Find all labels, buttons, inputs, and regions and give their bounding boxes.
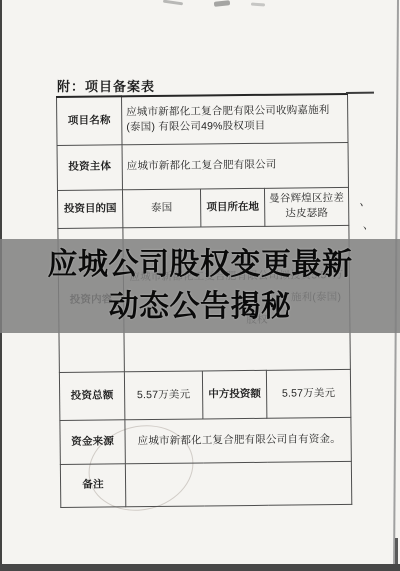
label-investor: 投资主体 (57, 144, 122, 190)
scan-edge-right-dark (395, 538, 398, 566)
value-destination-country: 泰国 (122, 188, 200, 227)
value-investor: 应城市新都化工复合肥有限公司 (122, 142, 348, 189)
row-funding-source: 资金来源 应城市新都化工复合肥有限公司自有资金。 (60, 417, 351, 464)
label-chinese-investment: 中方投资额 (202, 370, 266, 419)
ruled-line-extension (346, 92, 374, 94)
value-chinese-investment: 5.57万美元 (266, 369, 351, 418)
label-funding-source: 资金来源 (60, 419, 125, 464)
value-funding-source: 应城市新都化工复合肥有限公司自有资金。 (125, 417, 351, 463)
value-total-investment: 5.57万美元 (124, 370, 202, 419)
form-title: 附：项目备案表 (57, 76, 155, 95)
row-remarks: 备注 (60, 461, 351, 507)
headline-overlay-banner: 应城公司股权变更最新 动态公告揭秘 (0, 239, 400, 333)
label-project-name: 项目名称 (57, 96, 122, 145)
headline-line-1: 应城公司股权变更最新 (48, 244, 353, 286)
pen-tick-mark: 、 (359, 192, 374, 211)
scanned-document: 、 、 附：项目备案表 项目名称 应城市新都化工复合肥有限公司收购嘉施利(泰国)… (0, 0, 400, 571)
scan-smudge (214, 0, 230, 7)
scan-smudge (163, 0, 183, 5)
headline-line-2: 动态公告揭秘 (109, 286, 292, 328)
row-total-investment: 投资总额 5.57万美元 中方投资额 5.57万美元 (59, 369, 351, 420)
label-total-investment: 投资总额 (59, 371, 124, 420)
row-destination: 投资目的国 泰国 项目所在地 曼谷辉煌区拉差达皮瑟路 (57, 187, 348, 228)
value-remarks (125, 461, 351, 506)
value-project-name: 应城市新都化工复合肥有限公司收购嘉施利(泰国) 有限公司49%股权项目 (122, 94, 349, 144)
scan-bottom-bar (0, 564, 400, 571)
label-project-location: 项目所在地 (200, 188, 264, 227)
pen-tick-mark: 、 (362, 215, 376, 233)
row-investor: 投资主体 应城市新都化工复合肥有限公司 (57, 142, 348, 190)
scan-smudge (251, 3, 265, 7)
label-destination-country: 投资目的国 (57, 189, 122, 228)
value-project-location: 曼谷辉煌区拉差达皮瑟路 (264, 187, 348, 226)
row-project-name: 项目名称 应城市新都化工复合肥有限公司收购嘉施利(泰国) 有限公司49%股权项目 (57, 94, 349, 145)
label-remarks: 备注 (60, 463, 125, 507)
